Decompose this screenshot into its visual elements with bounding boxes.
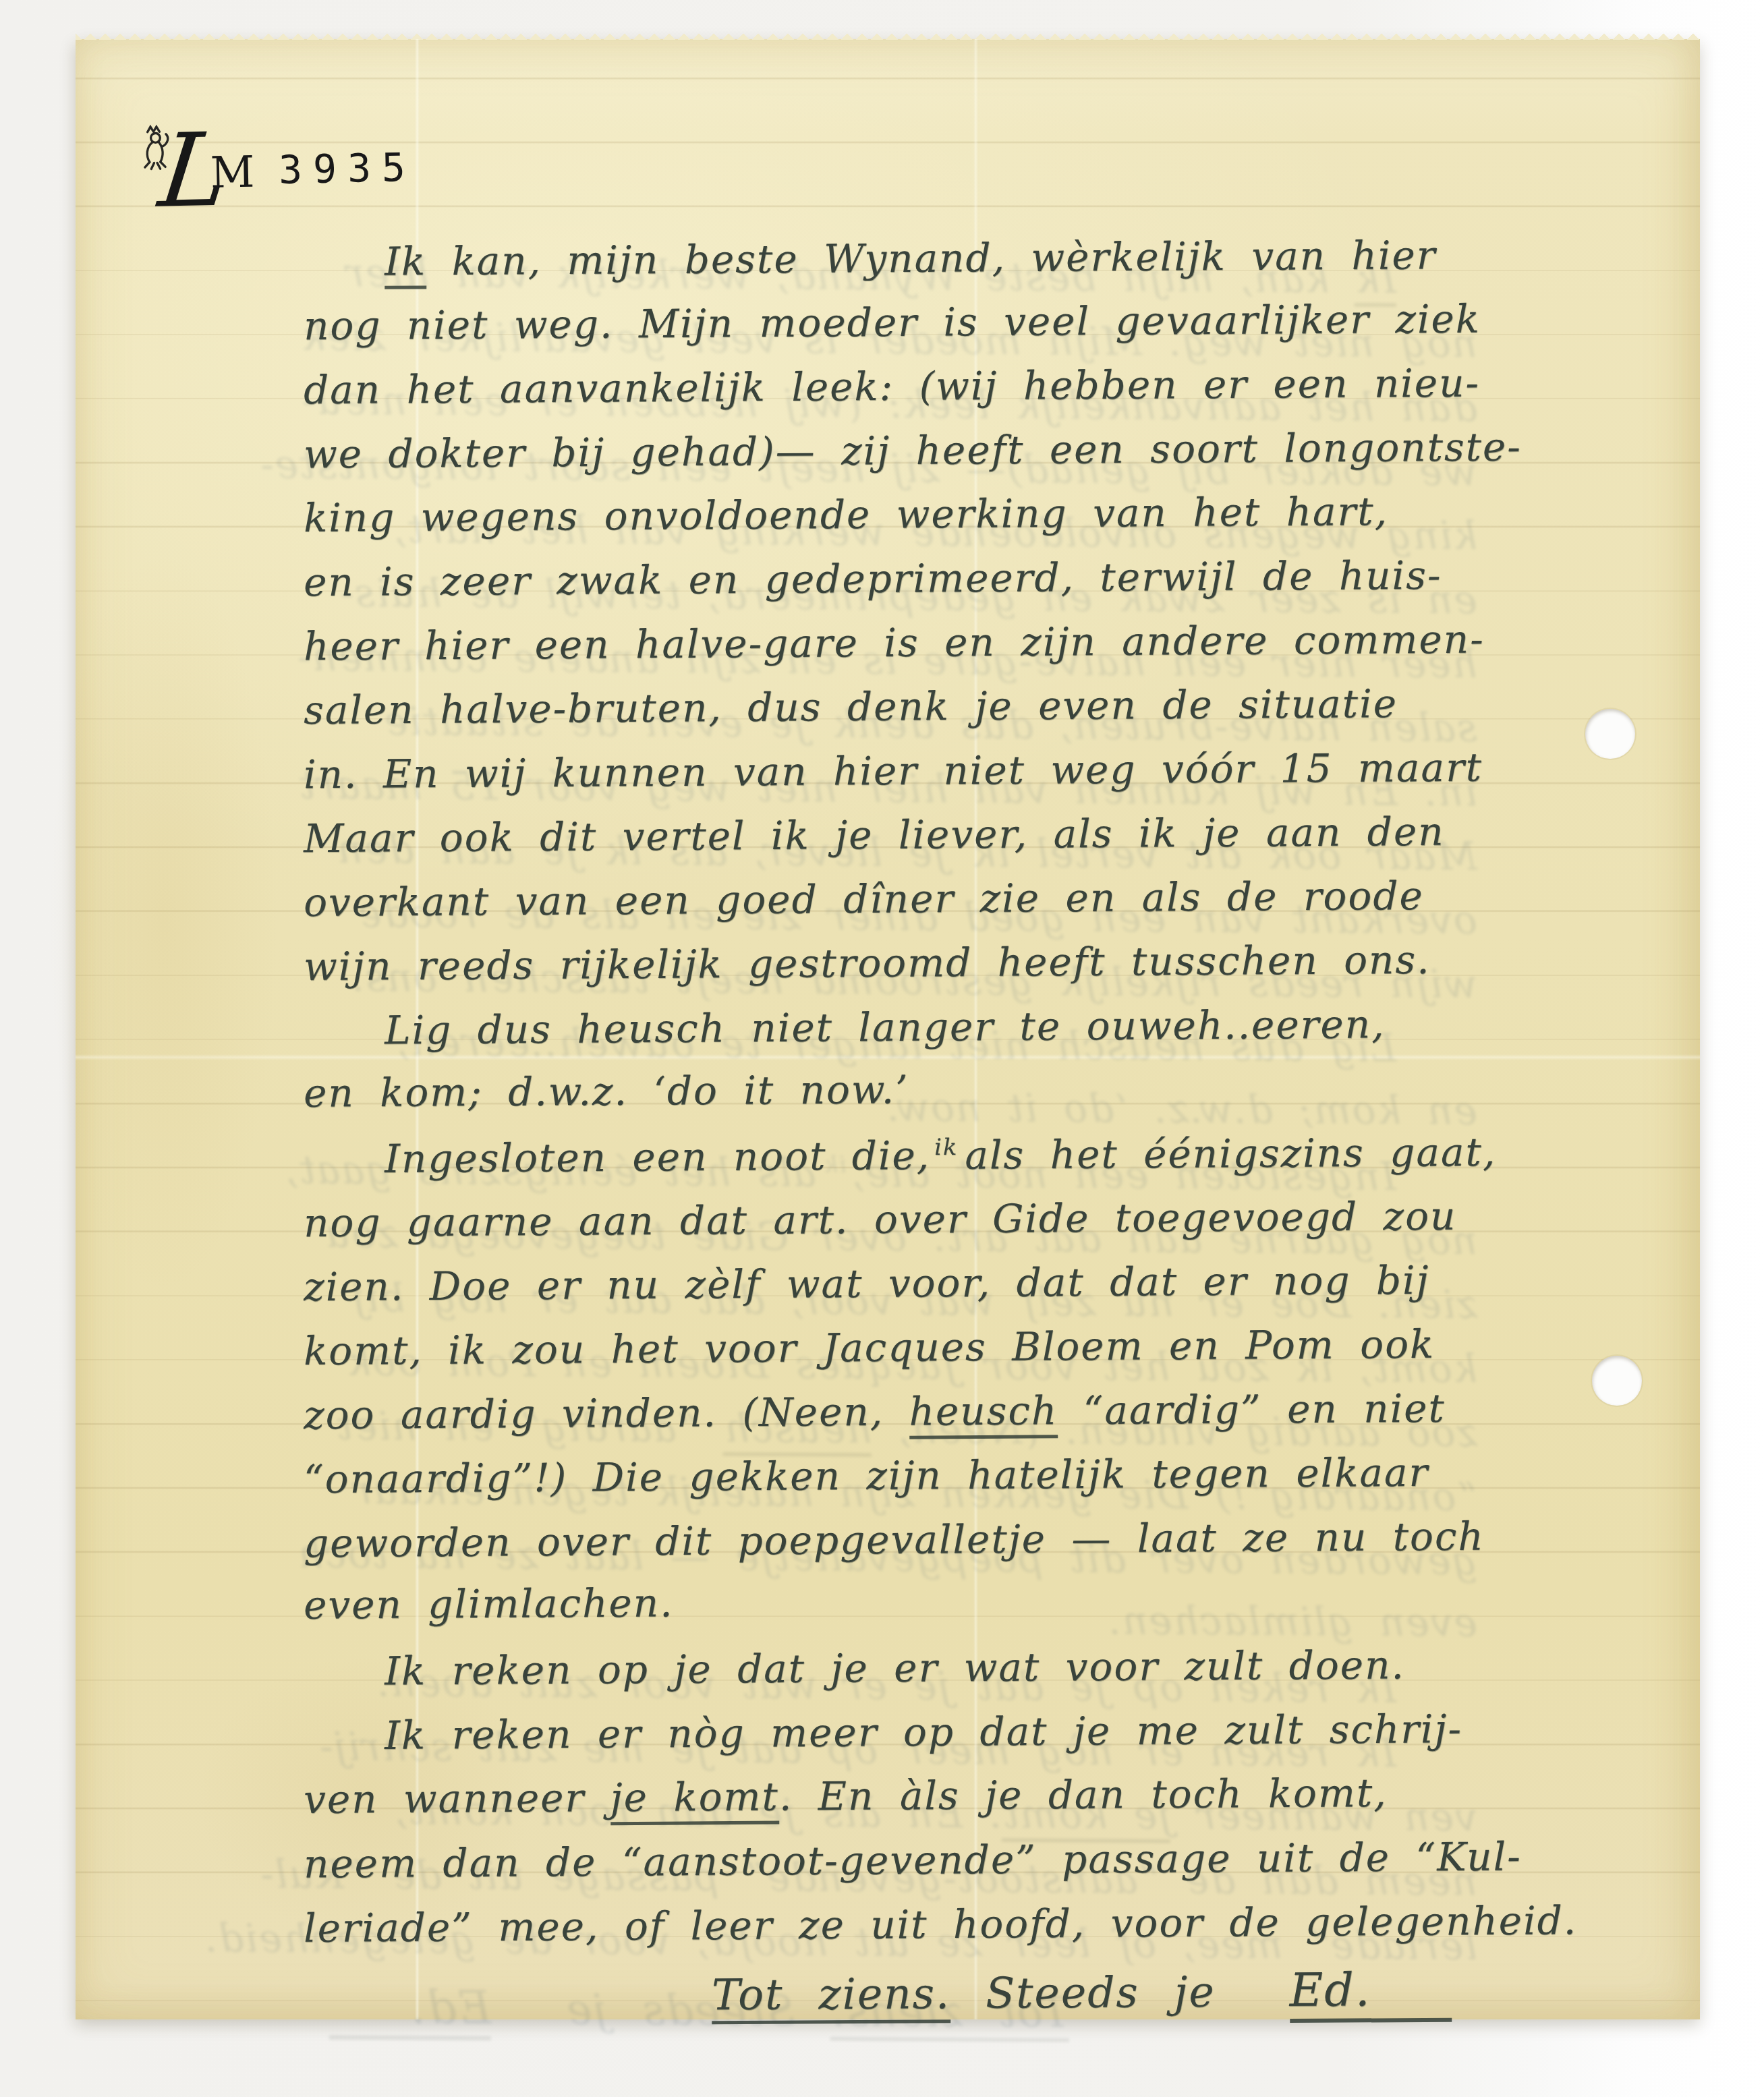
handwritten-line-22: even glimlachen. [304, 1580, 674, 1628]
handwritten-line-6: en is zeer zwak en gedeprimeerd, terwijl… [304, 553, 1442, 605]
handwritten-line-19: zoo aardig vinden. (Neen, heusch “aardig… [304, 1386, 1446, 1438]
handwritten-line-4: we dokter bij gehad)— zij heeft een soor… [304, 424, 1522, 477]
handwritten-line-1: Ik kan, mijn beste Wynand, wèrkelijk van… [385, 233, 1437, 284]
scan-background: LM3935 Ik kan, mijn beste Wynand, wèrkel… [0, 0, 1764, 2097]
letter-body: Ik kan, mijn beste Wynand, wèrkelijk van… [76, 39, 1700, 2019]
handwritten-line-20: “onaardig”!) Die gekken zijn hatelijk te… [304, 1450, 1429, 1502]
handwritten-line-16: nog gaarne aan dat art. over Gide toegev… [304, 1194, 1457, 1246]
punch-hole [1592, 1356, 1642, 1406]
punch-hole [1585, 709, 1635, 759]
handwritten-line-10: Maar ook dit vertel ik je liever, als ik… [304, 809, 1445, 861]
handwritten-line-15: Ingesloten een noot die,ikals het éénigs… [385, 1130, 1497, 1182]
handwritten-line-8: salen halve-bruten, dus denk je even de … [304, 681, 1398, 733]
handwritten-line-12: wijn reeds rijkelijk gestroomd heeft tus… [304, 938, 1431, 989]
handwritten-line-27: leriade” mee, of leer ze uit hoofd, voor… [304, 1898, 1578, 1951]
handwritten-line-7: heer hier een halve-gare is en zijn ande… [304, 617, 1485, 669]
handwritten-line-18: komt, ik zou het voor Jacques Bloem en P… [304, 1322, 1435, 1374]
handwritten-line-26: neem dan de “aanstoot-gevende” passage u… [304, 1834, 1522, 1887]
handwritten-line-17: zien. Doe er nu zèlf wat voor, dat dat e… [304, 1258, 1430, 1310]
handwritten-line-13: Lig dus heusch niet langer te ouweh..eer… [385, 1002, 1386, 1053]
handwritten-line-28: Tot ziens. Steeds je Ed. [712, 1964, 1452, 2021]
handwritten-line-24: Ik reken er nòg meer op dat je me zult s… [385, 1706, 1462, 1758]
handwritten-line-2: nog niet weg. Mijn moeder is veel gevaar… [304, 297, 1481, 349]
handwritten-line-11: overkant van een goed dîner zie en als d… [304, 873, 1424, 925]
handwritten-line-5: king wegens onvoldoende werking van het … [304, 489, 1388, 541]
handwritten-line-9: in. En wij kunnen van hier niet weg vóór… [304, 745, 1483, 797]
handwritten-line-14: en kom; d.w.z. ‘do it now.’ [304, 1067, 909, 1116]
torn-edge [76, 30, 1700, 40]
handwritten-line-25: ven wanneer je komt. En àls je dan toch … [304, 1771, 1388, 1822]
handwritten-line-3: dan het aanvankelijk leek: (wij hebben e… [304, 361, 1480, 413]
handwritten-line-21: geworden over dit poepgevalletje — laat … [304, 1514, 1485, 1566]
letter-paper: LM3935 Ik kan, mijn beste Wynand, wèrkel… [76, 39, 1700, 2019]
handwritten-line-23: Ik reken op je dat je er wat voor zult d… [385, 1642, 1405, 1694]
